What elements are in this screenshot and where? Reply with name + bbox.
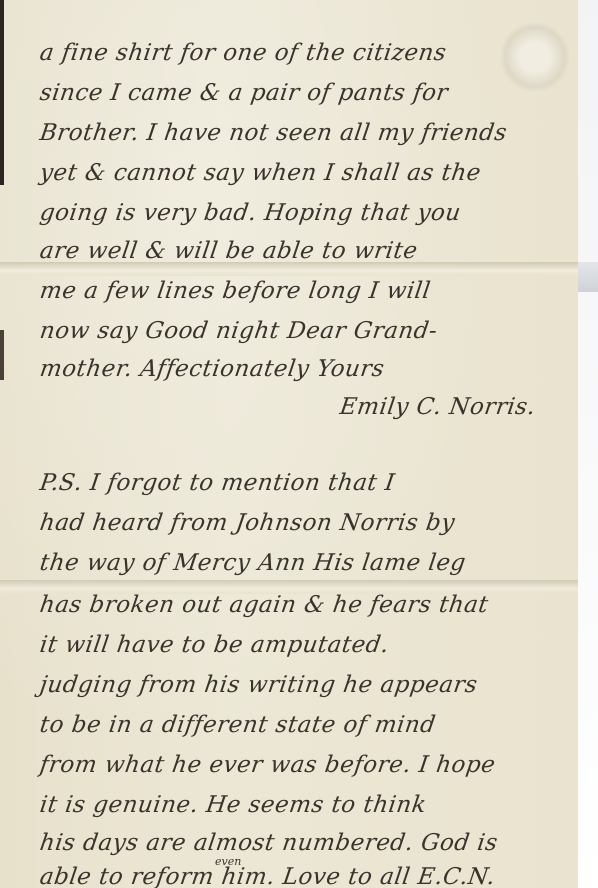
- postscript-line-9: it is genuine. He seems to think: [38, 792, 572, 818]
- text-line-6: are well & will be able to write: [38, 238, 572, 264]
- postscript-line-1: P.S. I forgot to mention that I: [38, 470, 572, 496]
- closing-line: mother. Affectionately Yours: [38, 356, 572, 382]
- postscript-line-10: his days are almost numbered. God is: [38, 830, 572, 856]
- letter-page: a fine shirt for one of the citizens sin…: [0, 0, 578, 888]
- text-line-2: since I came & a pair of pants for: [38, 80, 572, 106]
- text-line-3: Brother. I have not seen all my friends: [38, 120, 572, 146]
- postscript-line-11: able to reform him. Love to all E.C.N.: [38, 864, 572, 888]
- signature: Emily C. Norris.: [338, 394, 572, 420]
- text-line-4: yet & cannot say when I shall as the: [38, 160, 572, 186]
- postscript-line-5: it will have to be amputated.: [38, 632, 572, 658]
- page-edge-shadow: [0, 0, 4, 185]
- text-line-7: me a few lines before long I will: [38, 278, 572, 304]
- scan-shadow-band: [578, 262, 598, 292]
- postscript-line-3: the way of Mercy Ann His lame leg: [38, 550, 572, 576]
- postscript-line-4: has broken out again & he fears that: [38, 592, 572, 618]
- postscript-line-7: to be in a different state of mind: [38, 712, 572, 738]
- postscript-line-6: judging from his writing he appears: [38, 672, 572, 698]
- text-line-8: now say Good night Dear Grand-: [38, 318, 572, 344]
- postscript-line-2: had heard from Johnson Norris by: [38, 510, 572, 536]
- text-line-1: a fine shirt for one of the citizens: [38, 40, 572, 66]
- paper-fold-upper: [0, 262, 578, 276]
- text-line-5: going is very bad. Hoping that you: [38, 200, 572, 226]
- page-edge-shadow-lower: [0, 330, 4, 380]
- postscript-line-8: from what he ever was before. I hope: [38, 752, 572, 778]
- scan-background: [578, 0, 598, 888]
